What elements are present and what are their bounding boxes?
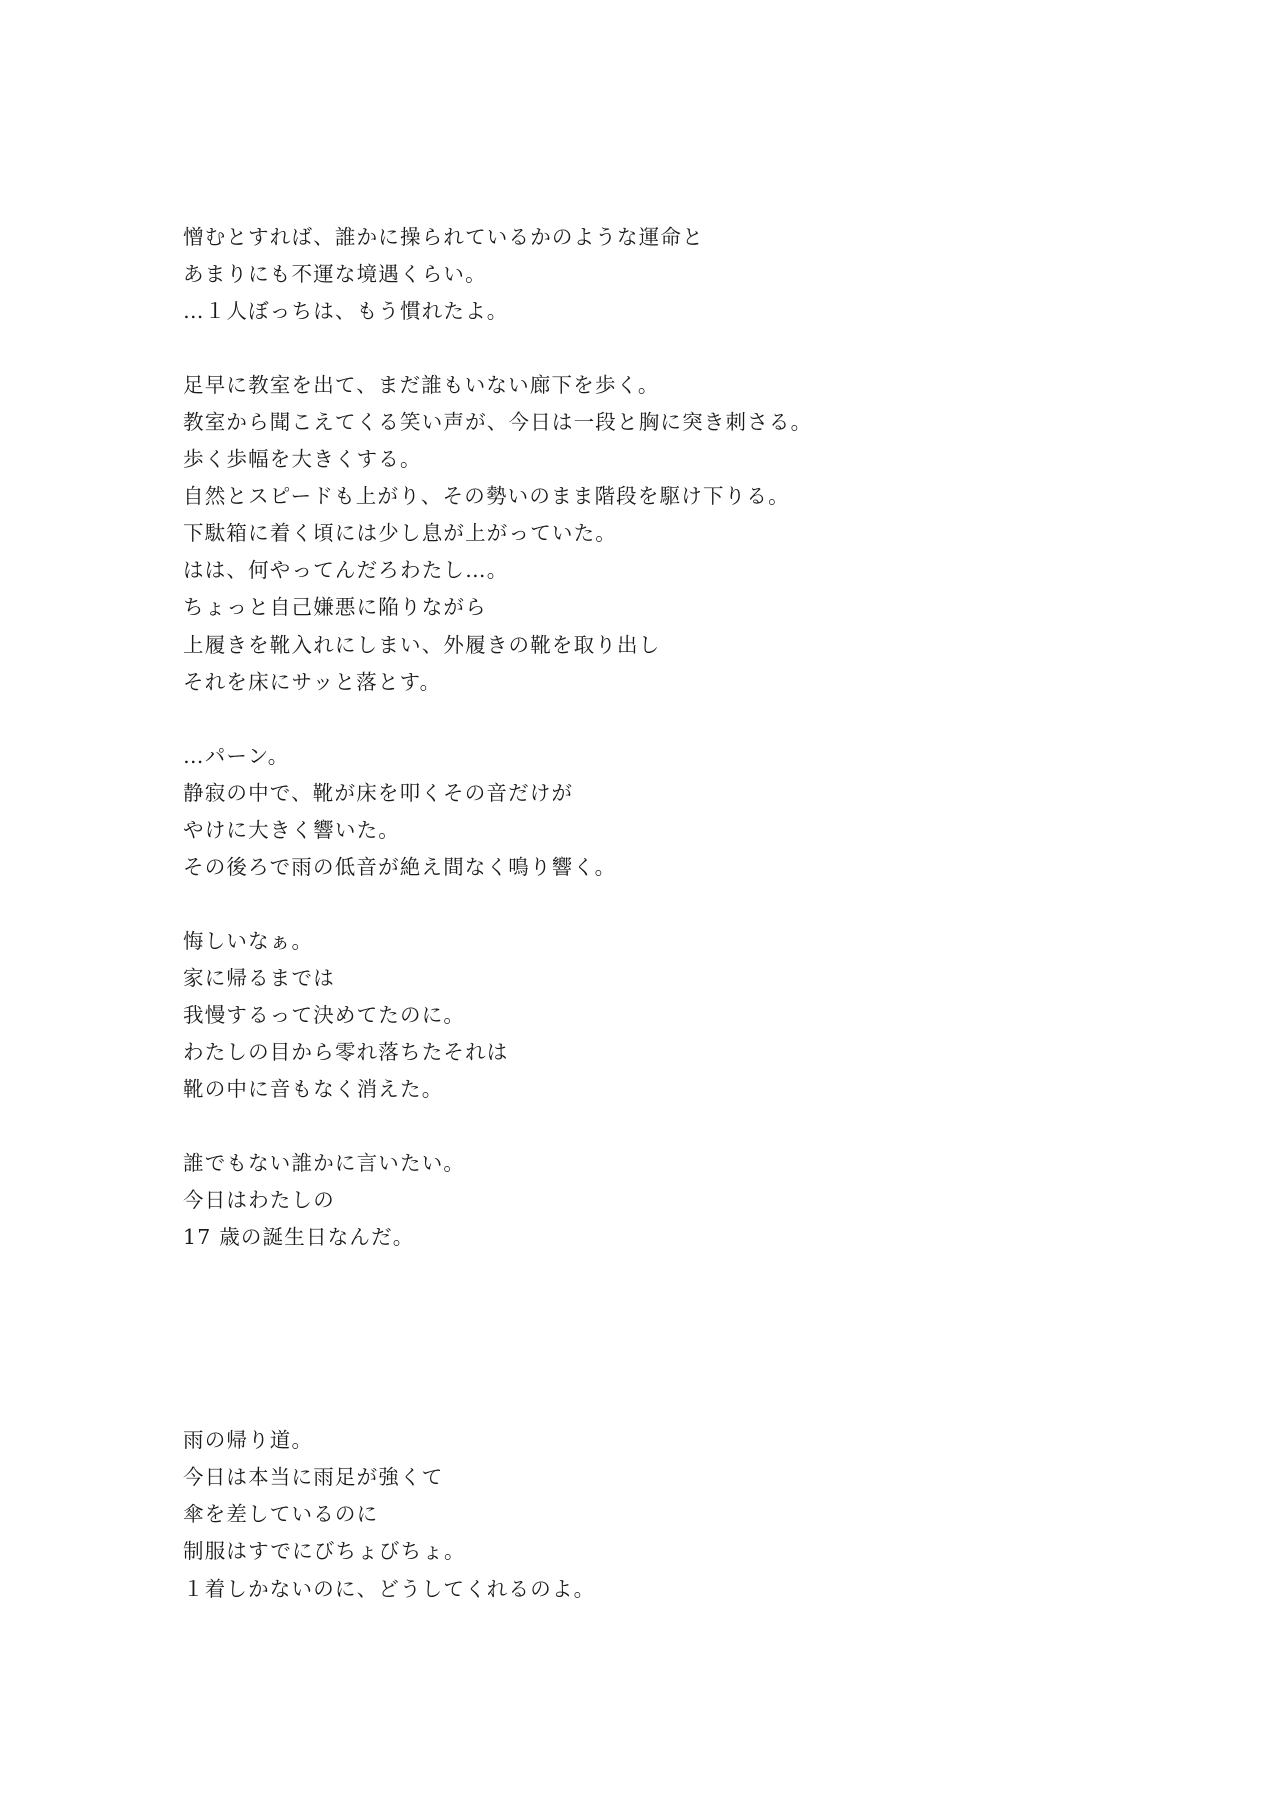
text-line: 悔しいなぁ。 <box>183 923 812 960</box>
text-line: 上履きを靴入れにしまい、外履きの靴を取り出し <box>183 627 812 664</box>
text-line: わたしの目から零れ落ちたそれは <box>183 1034 812 1071</box>
paragraph-gap <box>183 886 812 923</box>
text-line: あまりにも不運な境遇くらい。 <box>183 256 812 293</box>
document-page: 憎むとすれば、誰かに操られているかのような運命と あまりにも不運な境遇くらい。 … <box>0 0 1280 1810</box>
paragraph-gap <box>183 1108 812 1145</box>
paragraph-gap <box>183 701 812 738</box>
text-line: 静寂の中で、靴が床を叩くその音だけが <box>183 775 812 812</box>
text-line: やけに大きく響いた。 <box>183 812 812 849</box>
text-line: はは、何やってんだろわたし…。 <box>183 552 812 589</box>
paragraph-5: 誰でもない誰かに言いたい。 今日はわたしの 17 歳の誕生日なんだ。 <box>183 1145 812 1256</box>
text-line: 雨の帰り道。 <box>183 1422 812 1459</box>
text-line: 制服はすでにびちょびちょ。 <box>183 1533 812 1570</box>
text-line: １着しかないのに、どうしてくれるのよ。 <box>183 1571 812 1608</box>
text-line: 我慢するって決めてたのに。 <box>183 997 812 1034</box>
text-line: 誰でもない誰かに言いたい。 <box>183 1145 812 1182</box>
section-break <box>183 1256 812 1422</box>
text-line: 自然とスピードも上がり、その勢いのまま階段を駆け下りる。 <box>183 478 812 515</box>
text-line: 憎むとすれば、誰かに操られているかのような運命と <box>183 219 812 256</box>
paragraph-4: 悔しいなぁ。 家に帰るまでは 我慢するって決めてたのに。 わたしの目から零れ落ち… <box>183 923 812 1108</box>
story-text: 憎むとすれば、誰かに操られているかのような運命と あまりにも不運な境遇くらい。 … <box>183 219 812 1608</box>
text-line: ちょっと自己嫌悪に陥りながら <box>183 589 812 626</box>
paragraph-1: 憎むとすれば、誰かに操られているかのような運命と あまりにも不運な境遇くらい。 … <box>183 219 812 330</box>
text-line: 今日は本当に雨足が強くて <box>183 1459 812 1496</box>
text-line: 家に帰るまでは <box>183 960 812 997</box>
text-line: その後ろで雨の低音が絶え間なく鳴り響く。 <box>183 849 812 886</box>
text-line: 今日はわたしの <box>183 1182 812 1219</box>
text-line: …パーン。 <box>183 738 812 775</box>
paragraph-2: 足早に教室を出て、まだ誰もいない廊下を歩く。 教室から聞こえてくる笑い声が、今日… <box>183 367 812 700</box>
paragraph-gap <box>183 330 812 367</box>
text-line: 歩く歩幅を大きくする。 <box>183 441 812 478</box>
paragraph-3: …パーン。 静寂の中で、靴が床を叩くその音だけが やけに大きく響いた。 その後ろ… <box>183 738 812 886</box>
text-line: 足早に教室を出て、まだ誰もいない廊下を歩く。 <box>183 367 812 404</box>
text-line: …１人ぼっちは、もう慣れたよ。 <box>183 293 812 330</box>
text-line: 17 歳の誕生日なんだ。 <box>183 1219 812 1256</box>
text-line: 教室から聞こえてくる笑い声が、今日は一段と胸に突き刺さる。 <box>183 404 812 441</box>
text-line: 下駄箱に着く頃には少し息が上がっていた。 <box>183 515 812 552</box>
paragraph-6: 雨の帰り道。 今日は本当に雨足が強くて 傘を差しているのに 制服はすでにびちょび… <box>183 1422 812 1607</box>
text-line: 傘を差しているのに <box>183 1496 812 1533</box>
text-line: それを床にサッと落とす。 <box>183 664 812 701</box>
text-line: 靴の中に音もなく消えた。 <box>183 1071 812 1108</box>
